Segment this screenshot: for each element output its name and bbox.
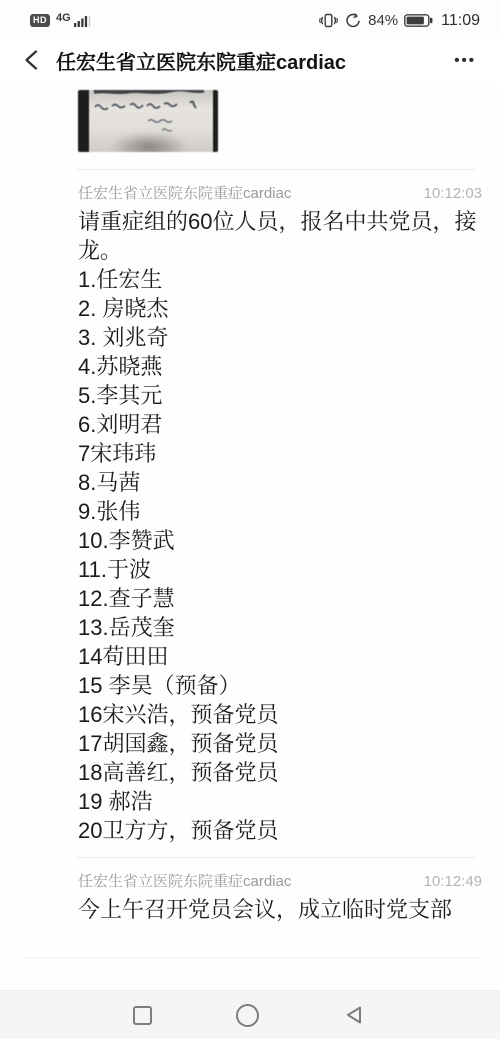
message-text: 请重症组的60位人员，报名中共党员，接龙。 1.任宏生 2. 房晓杰 3. 刘兆… — [78, 207, 482, 845]
more-options-button[interactable]: ••• — [452, 49, 478, 72]
network-indicator: 4G — [56, 13, 93, 28]
message: 任宏生省立医院东院重症cardiac 10:12:03 请重症组的60位人员，报… — [0, 170, 500, 845]
nav-back-button[interactable] — [343, 1003, 368, 1027]
clock-label: 11:09 — [441, 12, 480, 30]
power-saver-icon — [344, 12, 362, 30]
photo-shadow — [110, 132, 188, 152]
message-timestamp: 10:12:03 — [424, 185, 482, 202]
message-header: 任宏生省立医院东院重症cardiac 10:12:03 — [78, 182, 482, 201]
vibrate-icon — [319, 12, 338, 29]
network-type-label: 4G — [56, 13, 71, 24]
chevron-left-icon — [22, 49, 42, 71]
phone-screen: HD 4G — [0, 0, 500, 1039]
photo-attachment[interactable] — [78, 90, 218, 152]
status-left: HD 4G — [30, 13, 93, 28]
battery-percent-label: 84% — [368, 12, 398, 29]
status-bar: HD 4G — [0, 0, 500, 35]
sender-name: 任宏生省立医院东院重症cardiac — [78, 870, 291, 891]
recents-button[interactable] — [133, 1006, 152, 1025]
hd-badge-icon: HD — [30, 14, 50, 27]
message-timestamp: 10:12:49 — [424, 873, 482, 890]
chat-header: 任宏生省立医院东院重症cardiac ••• — [0, 35, 500, 85]
home-button[interactable] — [236, 1004, 259, 1027]
message-header: 任宏生省立医院东院重症cardiac 10:12:49 — [78, 870, 482, 889]
message-text: 今上午召开党员会议，成立临时党支部 — [78, 895, 482, 924]
triangle-back-icon — [343, 1003, 368, 1027]
chat-history: 任宏生省立医院东院重症cardiac 10:12:03 请重症组的60位人员，报… — [0, 85, 500, 990]
android-nav-bar — [0, 990, 500, 1039]
sender-name: 任宏生省立医院东院重症cardiac — [78, 182, 291, 203]
content-edge-line — [20, 957, 480, 958]
battery-icon — [404, 13, 433, 28]
signal-bars-icon — [73, 13, 93, 28]
status-right: 84% 11:09 — [319, 12, 480, 30]
message: 任宏生省立医院东院重症cardiac 10:12:49 今上午召开党员会议，成立… — [0, 858, 500, 924]
back-button[interactable] — [22, 49, 42, 71]
page-title: 任宏生省立医院东院重症cardiac — [56, 46, 346, 75]
